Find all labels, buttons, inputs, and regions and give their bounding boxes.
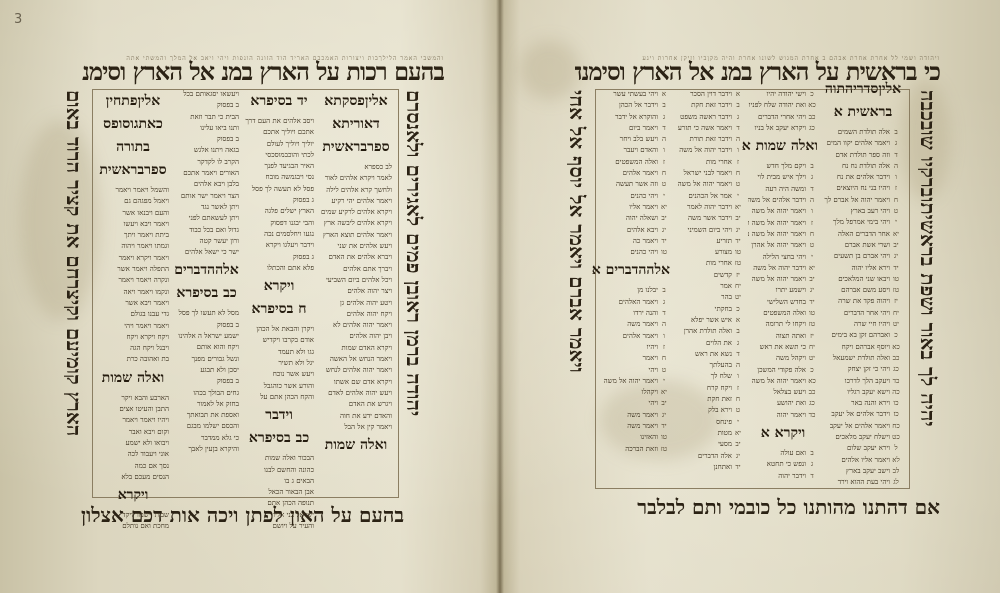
list-entry: כי גלא ממדבר <box>174 433 239 444</box>
list-entry: דויאמר אשה כי תזרע <box>674 123 744 134</box>
list-entry: והכסם ישלמו מבגם <box>174 421 239 432</box>
column-heading: וידבר <box>244 407 314 424</box>
list-entry: יטבהר <box>674 292 744 303</box>
right-column-3: אוידבר דוין הסכר בוידבר זאת חקת גוידבר ר… <box>674 89 744 473</box>
list-entry: ויברא אלהים את האדם <box>320 252 392 263</box>
list-entry: והעם ויבנאו אשר <box>97 208 169 219</box>
list-entry: ב בפסוק <box>174 100 239 111</box>
list-entry: יאויאמר אליו <box>598 202 670 213</box>
list-entry: ויתן לעשאתם לפני <box>174 213 239 224</box>
list-entry: חויאמר <box>598 353 670 364</box>
list-entry: ויברך אתם אלהים <box>320 264 392 275</box>
list-entry: וויאמר יהוה אל משה <box>748 206 818 217</box>
list-entry: ויאמר יהוה אלהים לנחש <box>320 365 392 376</box>
left-column-3: ויעשאו יסגאותם בכל ב בפסוק הבית כי תבר ו… <box>174 89 239 455</box>
list-entry: יטויקהל משה <box>748 353 818 364</box>
list-entry: דויאמר ביום <box>598 123 670 134</box>
list-entry: ישראל בני אליו <box>244 510 314 521</box>
list-entry: דוהנה ירדו <box>598 308 670 319</box>
list-entry: נסי ויבגמשה מובח <box>244 172 314 183</box>
list-entry: כוישי יהודה יהיו <box>748 89 818 100</box>
list-entry: יאמר אל הכהנים <box>674 191 744 202</box>
column-heading: אליןסדריהתוה <box>824 81 902 98</box>
left-page: והמשבי האמר הלילךבות ויצורות האמכבם הארי… <box>72 55 444 530</box>
list-entry: טזוזאת הברכה <box>598 444 670 455</box>
list-entry: אבן הבאור הכאל <box>244 487 314 498</box>
list-entry: יגוישמע יתרו <box>748 285 818 296</box>
list-entry: והקח הכהן אתם על <box>244 392 314 403</box>
right-column-1: אליןסדריהתוה בראשית א באלה תולדת השמים ג… <box>824 77 902 489</box>
list-entry: כאואת יהודה שלח לפניו <box>748 100 818 111</box>
list-entry: יאאחר הדברים האלה <box>824 229 902 240</box>
list-entry: ויקרא אלהים לרקיע שמים <box>320 207 392 218</box>
list-entry: בוידבר זאת חקת <box>674 100 744 111</box>
list-entry: יגויהי ביום השמיני <box>674 225 744 236</box>
list-entry: כחויאמר אלהים אל יעקב <box>824 421 902 432</box>
list-entry: ויכל אלהים ביום השביעי <box>320 275 392 286</box>
list-entry: כדויעקב הלך לדרכו <box>824 376 902 387</box>
list-entry: יאוידבר יהוה לאמר <box>674 202 744 213</box>
list-entry: יוליך ויוליך לעולם <box>244 139 314 150</box>
list-entry: יויהי בימי אמרפל מלך <box>824 217 902 228</box>
list-entry: פלא אתם והכתלו <box>244 263 314 274</box>
list-entry: יויהי בחצי הלילה <box>748 252 818 263</box>
list-entry: יויהי כהנים <box>598 191 670 202</box>
column-heading: כב בסיפרא <box>244 430 314 447</box>
list-entry: טזויקחו לי תרומה <box>748 319 818 330</box>
list-entry: זויקח קרח <box>674 383 744 394</box>
list-entry: וויאמר אלהים <box>598 331 670 342</box>
list-entry: ויהיו ויאמר ויאמר <box>97 415 169 426</box>
column-heading: ויקרא <box>97 487 169 504</box>
list-entry: ב בפסוק <box>174 376 239 387</box>
list-entry: בואלה תולדת אהרן <box>674 326 744 337</box>
list-entry: הנסים מעכם בלא <box>97 472 169 483</box>
list-entry: ידבחדש השלישי <box>748 297 818 308</box>
list-entry: ווידבר אלהים את נח <box>824 172 902 183</box>
list-entry: דוזה ספר תולדת אדם <box>824 150 902 161</box>
list-entry: מסל לא תעשו לך פסל <box>174 308 239 319</box>
list-entry: הארץ ישלים פלגה <box>244 206 314 217</box>
list-entry: לאויאמר אליו אלהים <box>824 455 902 466</box>
list-entry: ולחשך קרא אלהים לילה <box>320 185 392 196</box>
list-entry: יגויאמר משה <box>598 410 670 421</box>
list-entry: ויטע יהוה אלהים גן <box>320 298 392 309</box>
list-entry: וקום ויבא ואבר <box>97 427 169 438</box>
list-entry: בת ואהובה כרת <box>97 354 169 365</box>
list-entry: כבויהי אחרי הדברים <box>748 112 818 123</box>
list-entry: נסך אם כמה <box>97 461 169 472</box>
right-page: ויהודה ושמי לל אחרת אחרת אבהם ב אחרת המג… <box>565 55 940 525</box>
list-entry: חויאמר לבני ישראל <box>674 168 744 179</box>
list-entry: שבות וישבור ויקד <box>97 510 169 521</box>
list-entry: גוידבר ראשה משפט <box>674 112 744 123</box>
list-entry: ווהאדם ויעבר <box>598 145 670 156</box>
list-entry: נגעו ויחלסמים נכה <box>244 229 314 240</box>
list-entry: התפלה ויאמר אשר <box>97 264 169 275</box>
list-entry: חזאת חקת <box>674 394 744 405</box>
list-entry: אאיש אשר יפלא <box>674 315 744 326</box>
list-entry: זויהיו <box>598 342 670 353</box>
list-entry: ג בפסוק <box>244 195 314 206</box>
column-heading: ספרבראשית <box>320 139 392 156</box>
list-entry: אתכם ויוליך אתכם <box>244 127 314 138</box>
column-heading: בתורה <box>97 139 169 156</box>
list-entry: טזאחרי מות <box>674 258 744 269</box>
list-entry: כבחקתי <box>674 304 744 315</box>
list-entry: דנשא את ראש <box>674 349 744 360</box>
list-entry: טוזה אשר תעשה <box>598 179 670 190</box>
list-entry: אוני ויעבוד לכה <box>97 449 169 460</box>
list-entry: דומשה היה רעה <box>748 184 818 195</box>
list-entry: ויקח והוא אותם <box>174 342 239 353</box>
list-entry: ויעש אשר נוכח <box>244 369 314 380</box>
list-entry: וידבר ויעלגו ויקרא <box>244 240 314 251</box>
list-entry: ויבן יהוה אלהים <box>320 331 392 342</box>
right-frame-side-left: ויאמר אברם ויאמר אל יוסף אל אחי <box>567 90 589 510</box>
list-entry: כאויאמר יהוה אל משה <box>748 376 818 387</box>
right-frame-side-right: יהיה לך באור ושפת בראשיתוברקיו שובכבה <box>918 90 940 520</box>
list-entry: חויאמר יהוה אל אברם לך <box>824 195 902 206</box>
column-heading: ואלה שמות <box>320 437 392 454</box>
list-entry: כהוישא יעקב רגליו <box>824 387 902 398</box>
list-entry: כבויעש בצלאל <box>748 387 818 398</box>
list-entry: יזואתה תצוה <box>748 331 818 342</box>
list-entry: טוויהי כהנים <box>598 247 670 258</box>
list-entry: יאוידבר יהוה אל משה <box>748 263 818 274</box>
manuscript-spread: 3 והמשבי האמר הלילךבות ויצורות האמכבם הא… <box>0 0 1000 593</box>
list-entry: האיר הבגיעד לפנך <box>244 161 314 172</box>
list-entry: לאמר ויקרא אלהים לאור <box>320 173 392 184</box>
list-entry: ותנו ביאו עלינו <box>174 123 239 134</box>
column-heading: ואלה שמות א <box>748 138 818 155</box>
list-entry: והעיר על ויושם <box>244 521 314 532</box>
list-entry: גדי עבנו בגולם <box>97 309 169 320</box>
list-entry: טויהי רעב בארץ <box>824 206 902 217</box>
list-entry: ב בפסוק <box>174 134 239 145</box>
list-entry: ויעש אלהים את שני <box>320 241 392 252</box>
left-column-4: אליןפתחין כאתגוסופס בתורה ספרבראשית והשמ… <box>97 89 169 533</box>
list-entry: ויגרש את האדם <box>320 399 392 410</box>
column-heading: ספרבראשית <box>97 162 169 179</box>
list-entry: גגו ולא תעמד <box>244 347 314 358</box>
column-heading: כאתגוסופס <box>97 116 169 133</box>
list-entry: גדול ואם בכל כבוד <box>174 225 239 236</box>
list-entry: גוילך איש מבית לוי <box>748 172 818 183</box>
list-entry: ויצר יהוה אלהים <box>320 286 392 297</box>
list-entry: והבי יבגנו דפסוק <box>244 218 314 229</box>
list-entry: הוידבר אלהים אל משה <box>748 195 818 206</box>
list-entry: ויבנל ויקח הגה <box>97 343 169 354</box>
list-entry: לכתי והוכבמוסכסי <box>244 150 314 161</box>
list-entry: ויאמר ויבא אשר <box>97 298 169 309</box>
list-entry: באלה תולדת השמים <box>824 127 902 138</box>
list-entry: יסכן ולא תבגע <box>174 365 239 376</box>
list-entry: יטויהיו חיי שרה <box>824 319 902 330</box>
list-entry: לב כספרא <box>320 162 392 173</box>
list-entry: ויאמר הנחש אל האשה <box>320 354 392 365</box>
list-entry: ואספת את תבואתך <box>174 410 239 421</box>
list-entry: האורים ויאמר אתכם <box>174 168 239 179</box>
list-entry: יבוידבר אשר משה <box>674 213 744 224</box>
column-heading: אליןפתחין <box>97 93 169 110</box>
list-entry: לוירא יעקב שלום <box>824 443 902 454</box>
list-entry: ג בפסוק <box>244 252 314 263</box>
list-entry: כהונה והחשם לבנו <box>244 465 314 476</box>
left-frame-side-left: הארץ קומיעם וקיצרחם את קציר הרוד באום <box>64 90 86 520</box>
list-entry: טוויבאו שני המלאכים <box>824 274 902 285</box>
column-heading: אליןפסקתא <box>320 93 392 110</box>
list-entry: וגמתו ויאמר ויהוה <box>97 241 169 252</box>
list-entry: יזויהוה פקד את שרה <box>824 296 902 307</box>
list-entry: כווירא והנה באר <box>824 398 902 409</box>
list-entry: טווהאזינו <box>598 432 670 443</box>
list-entry: חויאמר אלהים <box>598 168 670 179</box>
list-entry: ב בפסוק <box>174 320 239 331</box>
list-entry: ווידבר יהוה אל משה <box>674 145 744 156</box>
list-entry: יבושרי אשת אברם <box>824 240 902 251</box>
list-entry: כזוידבר אלהים אל יעקב <box>824 409 902 420</box>
list-entry: ונקרה ויאמר ויאמר <box>97 275 169 286</box>
list-entry: ויעשאו יסגאותם בכל <box>174 89 239 100</box>
list-entry: כגויהי כי זקן יצחק <box>824 364 902 375</box>
list-entry: ידואתחנן <box>674 462 744 473</box>
list-entry: ישמע ישראל ה אלהינו <box>174 331 239 342</box>
list-entry: אודם בקרבו ויקדיש <box>244 335 314 346</box>
list-entry: ידויאמר כה <box>598 236 670 247</box>
list-entry: הבאים ג בו <box>244 476 314 487</box>
list-entry: ויאמר ויבא ויעשו <box>97 219 169 230</box>
list-entry: הבית כי תבר וזאת <box>174 112 239 123</box>
list-entry: אוידבר דוין הסכר <box>674 89 744 100</box>
list-entry: והורע אשר כוהגבל <box>244 381 314 392</box>
list-entry: יבויהי <box>598 398 670 409</box>
list-entry: ויקרא האדם שמות <box>320 343 392 354</box>
list-entry: הארבע והבא ויקר <box>97 393 169 404</box>
list-entry: ויקח ויקרא ויקח <box>97 332 169 343</box>
list-entry: כאויוסף אברהם ויקח <box>824 342 902 353</box>
right-frame-bottom: אם דהתנו מהותנו כל כובמי ותם לבלבר <box>595 495 940 521</box>
list-entry: יחאמר <box>674 281 744 292</box>
list-entry: יאמטות <box>674 428 744 439</box>
list-entry: ונקמו ויאמר ויאה <box>97 287 169 298</box>
list-entry: יגויבא אלהים <box>598 225 670 236</box>
list-entry: ויאמר ויקרא ויאמר <box>97 253 169 264</box>
list-entry: כאלה פקודי המשכן <box>748 365 818 376</box>
list-entry: הבכור ואלה שמות <box>244 453 314 464</box>
left-column-2: יד בסיפרא ויסב אלהים את העם דרך אתכם ויו… <box>244 89 314 532</box>
list-entry: ויאמר ויאמר ויהי <box>97 321 169 332</box>
list-entry: ויקרן והבאת אל הכהן <box>244 324 314 335</box>
list-entry: יויאמר יהוה אל משה <box>598 376 670 387</box>
list-entry: בלבן ויבא אלהים <box>174 179 239 190</box>
list-entry: חויאמר יהוה אל משה בא <box>748 229 818 240</box>
list-entry: יגאלה הדברים <box>674 451 744 462</box>
left-column-1: אליןפסקתא דאוריתא ספרבראשית לב כספרא לאמ… <box>320 89 392 460</box>
list-entry: טוואלה המשפטים <box>748 308 818 319</box>
list-entry: ורון יעשר קטה <box>174 236 239 247</box>
list-entry: כטוישלח יעקב מלאכים <box>824 432 902 443</box>
list-entry: ביתת ויאמר ויתך <box>97 230 169 241</box>
list-entry: גוהוקרא אל ידבר <box>598 112 670 123</box>
list-entry: התבן והעיטו אצים <box>97 404 169 415</box>
right-column-4: אויהי בעשתי עשר בוידבר אל הכהן גוהוקרא א… <box>598 89 670 455</box>
list-entry: תנופה הכהן אתם <box>244 498 314 509</box>
column-heading: יד בסיפרא <box>244 93 314 110</box>
list-entry: ויקרא אלהים ליבשה ארץ <box>320 218 392 229</box>
list-entry: ביבלנו מן <box>598 285 670 296</box>
list-entry: כבואלה תולדת ישמעאל <box>824 353 902 364</box>
list-entry: לגויהי בעת ההוא וירד <box>824 477 902 488</box>
list-entry: ונשל גבורים מפנך <box>174 354 239 365</box>
list-entry: יבמסעי <box>674 439 744 450</box>
list-entry: מחכת ואם נותלם <box>97 521 169 532</box>
list-entry: לבוישב יעקב בארץ <box>824 466 902 477</box>
list-entry: כגויקרא יעקב אל בניו <box>748 123 818 134</box>
list-entry: יאויקהלו <box>598 387 670 398</box>
list-entry: בחזק אל לאמור <box>174 399 239 410</box>
folio-number: 3 <box>14 12 22 27</box>
column-heading: אלההדברים א <box>598 262 670 279</box>
list-entry: ויתן לאשר נגד <box>174 202 239 213</box>
list-entry: כואברהם זקן בא בימים <box>824 330 902 341</box>
list-entry: כדויאמר יהוה <box>748 410 818 421</box>
list-entry: הבהעלתך <box>674 360 744 371</box>
list-entry: בגאה ויתנו אלגש <box>174 145 239 156</box>
list-entry: ידתזריע <box>674 236 744 247</box>
list-entry: טומצורע <box>674 247 744 258</box>
list-entry: ויעש יהוה אלהים לאדם <box>320 388 392 399</box>
list-entry: ושלח לך <box>674 371 744 382</box>
list-entry: אויהי בעשתי עשר <box>598 89 670 100</box>
list-entry: ויאמר אלהים יהי רקיע <box>320 196 392 207</box>
list-entry: ויבואו ולא ישמע <box>97 438 169 449</box>
column-heading: ויקרא <box>244 278 314 295</box>
list-entry: בואם עולה <box>748 448 818 459</box>
list-entry: טזויסע משם אברהם <box>824 285 902 296</box>
left-frame-side-right: יהודה ברמן ראובן פמים לאגירים ולאנסרם <box>404 90 426 520</box>
list-entry: גונפש כי תחטא <box>748 459 818 470</box>
list-entry: והאדם ידע את חוה <box>320 411 392 422</box>
list-entry: הויאמר משה <box>598 319 670 330</box>
list-entry: האלה תולדת נח נח <box>824 161 902 172</box>
list-entry: פסל לא תעשה לך פסל <box>244 184 314 195</box>
list-entry: גחים הבולך בכהו <box>174 388 239 399</box>
list-entry: זויאמר יהוה אל משה ראה <box>748 218 818 229</box>
list-entry: ויאמל מפגהם גם <box>97 196 169 207</box>
list-entry: ויקרא אדם שם אשתו <box>320 377 392 388</box>
list-entry: יבושאלה יהוה <box>598 213 670 224</box>
column-heading: כב בסיפרא <box>174 285 239 302</box>
list-entry: והשמל ויאמר ויאמר <box>97 185 169 196</box>
list-entry: והיקרא בןעין לאבך <box>174 444 239 455</box>
column-heading: דאוריתא <box>320 116 392 133</box>
left-frame-title: בהעם רכות על הארץ במנ אל הארץ וסימני <box>82 57 444 89</box>
list-entry: כגואת יהושע <box>748 398 818 409</box>
list-entry: יחויהי אחר הדברים <box>824 308 902 319</box>
list-entry: ויסב אלהים את העם דרך <box>244 116 314 127</box>
list-entry: גויאמר האלהים <box>598 297 670 308</box>
list-entry: בויקם מלך חדש <box>748 161 818 172</box>
list-entry: הויעש בלב ויחר <box>598 134 670 145</box>
list-entry: טויהי <box>598 365 670 376</box>
list-entry: הוידבר זאת תורת <box>674 134 744 145</box>
list-entry: יפינחס <box>674 417 744 428</box>
right-column-2: כוישי יהודה יהיו כאואת יהודה שלח לפניו כ… <box>748 89 818 482</box>
column-heading: ח בסיפרא <box>244 301 314 318</box>
list-entry: הצר ויאמר ישר אותם <box>174 191 239 202</box>
list-entry: ויקח יהוה אלהים <box>320 309 392 320</box>
list-entry: ויאמר אלהים תוצא הארץ <box>320 230 392 241</box>
list-entry: בוידבר אל הכהן <box>598 100 670 111</box>
list-entry: יגויהי אברם בן תשעים <box>824 251 902 262</box>
list-entry: טויאמר יהוה אל אהרן <box>748 240 818 251</box>
list-entry: יבויאמר יהוה אל משה <box>748 274 818 285</box>
list-entry: יחכי תשא את ראש <box>748 342 818 353</box>
list-entry: זאחרי מות <box>674 157 744 168</box>
list-entry: טוירא בלק <box>674 405 744 416</box>
column-heading: אלההדברים <box>174 262 239 279</box>
list-entry: ישר כי ישאל אלהים <box>174 247 239 258</box>
list-entry: גאת הלוים <box>674 338 744 349</box>
list-entry: יזקדשים <box>674 270 744 281</box>
list-entry: טויאמר יהוה אל משה <box>674 179 744 190</box>
list-entry: ויאמר קין אל הבל <box>320 422 392 433</box>
list-entry: ידוירא אליו יהוה <box>824 263 902 274</box>
list-entry: יגל ולא תשיר <box>244 358 314 369</box>
list-entry: הקרב לו לקדקר <box>174 157 239 168</box>
list-entry: ידויאמר משה <box>598 421 670 432</box>
column-heading: ויקרא א <box>748 425 818 442</box>
list-entry: זואלה המשפטים <box>598 157 670 168</box>
column-heading: בראשית א <box>824 104 902 121</box>
list-entry: גויאמר אלהים יקוו המים <box>824 138 902 149</box>
list-entry: ויאמר יהוה אלהים לא <box>320 320 392 331</box>
list-entry: זויהיו בני נח היוצאים <box>824 183 902 194</box>
column-heading: ואלה שמות <box>97 370 169 387</box>
list-entry: דוידבר יהוה <box>748 471 818 482</box>
